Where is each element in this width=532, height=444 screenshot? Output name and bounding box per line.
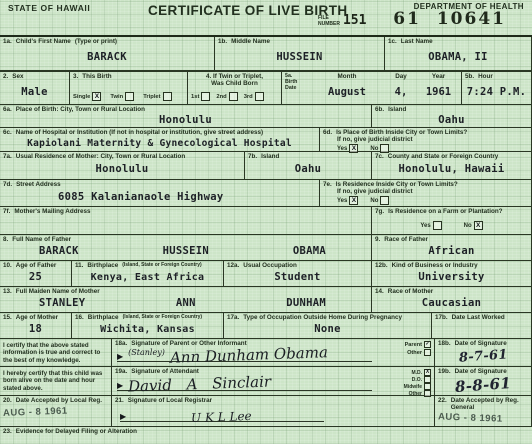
field-county-state: 7c.County and State or Foreign Country H… — [372, 152, 532, 179]
row-place-of-birth: 6a.Place of Birth: City, Town or Rural L… — [0, 105, 532, 128]
row-registrar: 20.Date Accepted by Local Reg. AUG - 8 1… — [0, 396, 532, 427]
birth-date-label: 5a. Birth Date — [285, 73, 311, 103]
checkbox — [163, 92, 172, 101]
option-no: No — [370, 196, 389, 205]
field-hint: (Island, State or Foreign Country) — [122, 262, 201, 269]
field-number: 2. — [3, 73, 8, 80]
field-birth-city-limits: 6d.Is Place of Birth Inside City or Town… — [320, 128, 532, 151]
field-value: Wichita, Kansas — [75, 321, 220, 337]
field-place-of-birth: 6a.Place of Birth: City, Town or Rural L… — [0, 105, 372, 127]
field-label: Race of Mother — [388, 288, 433, 295]
mother-first-name: STANLEY — [39, 297, 85, 309]
field-hint: (Type or print) — [75, 38, 117, 45]
field-number: 6d. — [323, 129, 332, 136]
field-residence-city-limits: 7e.Is Residence Inside City or Town Limi… — [320, 180, 532, 206]
field-value: Caucasian — [375, 295, 528, 311]
field-label-line2: Was Child Born — [191, 80, 278, 87]
field-number: 23. — [3, 428, 12, 435]
field-number: 6c. — [3, 129, 12, 136]
role-other: Other — [407, 349, 431, 356]
checkbox — [125, 92, 134, 101]
option-2nd: 2nd — [216, 92, 237, 101]
field-father-birthplace: 11.Birthplace(Island, State or Foreign C… — [72, 261, 224, 286]
field-value: 6085 Kalanianaole Highway — [3, 188, 316, 205]
checkbox-label: Midwife — [404, 384, 422, 390]
field-number: 20. — [3, 397, 12, 404]
field-value: Male — [3, 80, 66, 103]
field-father-race: 9.Race of Father African — [372, 235, 532, 260]
month-value: August — [311, 80, 383, 103]
field-label: Island — [388, 106, 406, 113]
field-number: 1b. — [218, 38, 227, 45]
field-child-first-name: 1a.Child's First Name(Type or print) BAR… — [0, 37, 215, 70]
field-label: Date — [285, 85, 311, 91]
field-label: Age of Mother — [16, 314, 58, 321]
field-label: Island — [261, 153, 279, 160]
field-number: 6b. — [375, 106, 384, 113]
field-value — [3, 215, 368, 233]
field-number: 11. — [75, 262, 83, 269]
field-value: University — [375, 269, 528, 285]
field-date-accepted-local: 20.Date Accepted by Local Reg. AUG - 8 1… — [0, 396, 112, 426]
field-island: 6b.Island Oahu — [372, 105, 532, 127]
field-value: None — [227, 321, 428, 337]
field-value: Kapiolani Maternity & Gynecological Hosp… — [3, 136, 316, 150]
field-label: Usual Occupation — [243, 262, 297, 269]
field-number: 22. — [438, 397, 447, 411]
field-evidence-delayed-filing: 23.Evidence for Delayed Filing or Altera… — [0, 427, 532, 444]
birth-month-column: Month August — [311, 73, 383, 103]
checkbox-label: No — [370, 146, 378, 152]
field-date-accepted-general: 22.Date Accepted by Reg. General AUG - 8… — [435, 396, 532, 426]
attendant-certification: I hereby certify that this child was bor… — [0, 367, 112, 395]
checkbox-label: No — [464, 223, 472, 229]
checkbox — [229, 92, 238, 101]
field-number: 1c. — [388, 38, 397, 45]
field-value: 25 — [3, 269, 68, 285]
field-number: 19a. — [115, 368, 127, 375]
row-attendant-signature: I hereby certify that this child was bor… — [0, 367, 532, 396]
field-registrar-signature: 21.Signature of Local Registrar ▶ U K L … — [112, 396, 435, 426]
field-number: 3. — [73, 73, 78, 80]
checkbox: X — [424, 369, 431, 376]
field-label: Is Residence on a Farm or Plantation? — [388, 208, 502, 215]
field-number: 13. — [3, 288, 12, 295]
checkbox: X — [92, 92, 101, 101]
field-child-last-name: 1c.Last Name OBAMA, II — [385, 37, 532, 70]
field-value: Honolulu — [3, 160, 241, 178]
field-value — [435, 321, 528, 337]
birth-year-column: Year 1961 — [419, 73, 458, 103]
informant-certification: I certify that the above stated informat… — [0, 339, 112, 366]
field-value — [3, 435, 529, 444]
option-1st: 1st — [191, 92, 210, 101]
field-number: 7g. — [375, 208, 384, 215]
field-label: Street Address — [16, 181, 61, 188]
field-label: Date Accepted by Reg. General — [451, 397, 528, 411]
attendant-signature: David A Sinclair — [128, 373, 272, 396]
checkbox: X — [349, 196, 358, 205]
field-number: 7c. — [375, 153, 384, 160]
field-value: Oahu — [248, 160, 368, 178]
row-mother-residence: 7a.Usual Residence of Mother: City, Town… — [0, 152, 532, 180]
field-label: Mother's Mailing Address — [14, 208, 90, 215]
field-value: African — [375, 243, 528, 259]
field-this-birth: 3.This Birth SingleX Twin Triplet — [70, 72, 188, 104]
father-last-name: OBAMA — [293, 245, 326, 257]
checkbox-label: Other — [407, 350, 422, 356]
field-number: 19b. — [438, 368, 451, 375]
field-father-age: 10.Age of Father 25 — [0, 261, 72, 286]
field-label: Date of Signature — [455, 340, 507, 347]
field-number: 14. — [375, 288, 384, 295]
field-label: Usual Residence of Mother: City, Town or… — [16, 153, 185, 160]
field-label-line2: If no, give judicial district — [323, 188, 528, 195]
checkbox — [201, 92, 210, 101]
field-value: Student — [227, 269, 368, 285]
row-mother-details: 15.Age of Mother 18 16.Birthplace(Island… — [0, 313, 532, 339]
field-street-address: 7d.Street Address 6085 Kalanianaole High… — [0, 180, 320, 206]
mother-maiden-surname: DUNHAM — [286, 297, 326, 309]
row-birth-details: 2.Sex Male 3.This Birth SingleX Twin Tri… — [0, 72, 532, 105]
field-label: Kind of Business or Industry — [392, 262, 478, 269]
field-label: Type of Occupation Outside Home During P… — [243, 314, 402, 321]
field-number: 7a. — [3, 153, 12, 160]
field-mother-birthplace: 16.Birthplace(Island, State or Foreign C… — [72, 313, 224, 338]
year-value: 1961 — [419, 80, 458, 103]
field-farm-plantation: 7g.Is Residence on a Farm or Plantation?… — [372, 207, 532, 234]
field-number: 7d. — [3, 181, 12, 188]
field-value: Kenya, East Africa — [75, 269, 220, 285]
field-number: 7e. — [323, 181, 332, 188]
option-yes: Yes — [420, 221, 441, 230]
field-number: 10. — [3, 262, 12, 269]
state-title: STATE OF HAWAII — [8, 3, 90, 13]
field-number: 18b. — [438, 340, 451, 347]
option-no: NoX — [464, 221, 483, 230]
checkbox-label: Yes — [337, 146, 347, 152]
option-yes: YesX — [337, 196, 358, 205]
checkbox — [424, 376, 431, 383]
role-midwife: Midwife — [404, 383, 431, 390]
field-residence-island: 7b.Island Oahu — [245, 152, 372, 179]
field-hint: (Island, State or Foreign Country) — [123, 314, 202, 321]
field-attendant-signature-date: 19b.Date of Signature 8-8-61 — [435, 367, 532, 395]
handwritten-date: 8-7-61 — [458, 347, 508, 365]
checkbox — [424, 349, 431, 356]
role-do: D.O. — [412, 376, 431, 383]
field-label: Evidence for Delayed Filing or Alteratio… — [16, 428, 137, 435]
field-value: 18 — [3, 321, 68, 337]
field-label: Sex — [12, 73, 23, 80]
day-header: Day — [383, 73, 419, 80]
checkbox-label: Single — [73, 94, 90, 100]
certificate-number: 61 10641 — [393, 9, 506, 29]
field-number: 17b. — [435, 314, 448, 321]
row-evidence: 23.Evidence for Delayed Filing or Altera… — [0, 427, 532, 444]
field-number: 15. — [3, 314, 12, 321]
date-stamp: AUG - 8 1961 — [438, 411, 528, 425]
field-label: Full Name of Father — [12, 236, 71, 243]
field-child-middle-name: 1b.Middle Name HUSSEIN — [215, 37, 385, 70]
field-father-name: 8.Full Name of Father BARACK HUSSEIN OBA… — [0, 235, 372, 260]
option-single: SingleX — [73, 92, 101, 101]
field-date-last-worked: 17b.Date Last Worked — [432, 313, 532, 338]
row-mother-name: 13.Full Maiden Name of Mother STANLEY AN… — [0, 287, 532, 313]
checkbox-label: 2nd — [216, 94, 226, 100]
field-label: Hour — [478, 73, 493, 80]
field-father-occupation: 12a.Usual Occupation Student — [224, 261, 372, 286]
field-number: 16. — [75, 314, 84, 321]
field-twin-order: 4. If Twin or Triplet, Was Child Born 1s… — [188, 72, 282, 104]
day-value: 4, — [383, 80, 419, 103]
field-label-line2: If no, give judicial district — [323, 136, 528, 143]
row-informant-signature: I certify that the above stated informat… — [0, 339, 532, 367]
month-header: Month — [311, 73, 383, 80]
checkbox-label: 1st — [191, 94, 199, 100]
number-word: NUMBER — [318, 22, 340, 28]
birth-day-column: Day 4, — [383, 73, 419, 103]
field-value: OBAMA, II — [388, 45, 528, 69]
signature-prefix: (Stanley) — [128, 348, 165, 357]
birth-certificate-document: STATE OF HAWAII CERTIFICATE OF LIVE BIRT… — [0, 0, 532, 444]
checkbox-label: D.O. — [412, 377, 422, 383]
field-attendant-signature: 19a.Signature of Attendant ▶ David A Sin… — [112, 367, 435, 395]
field-label: Race of Father — [384, 236, 428, 243]
field-label: Last Name — [401, 38, 433, 45]
field-number: 21. — [115, 397, 124, 404]
option-twin: Twin — [110, 92, 134, 101]
field-number: 4. — [206, 73, 211, 80]
checkbox — [255, 92, 264, 101]
row-father-name: 8.Full Name of Father BARACK HUSSEIN OBA… — [0, 235, 532, 261]
checkbox — [380, 196, 389, 205]
registrar-signature: U K L Lee — [191, 409, 252, 425]
field-mother-occupation: 17a.Type of Occupation Outside Home Duri… — [224, 313, 432, 338]
field-label: Place of Birth: City, Town or Rural Loca… — [16, 106, 145, 113]
field-mother-maiden-name: 13.Full Maiden Name of Mother STANLEY AN… — [0, 287, 372, 312]
field-value: HUSSEIN — [218, 45, 381, 69]
date-stamp: AUG - 8 1961 — [3, 404, 108, 419]
field-informant-signature: 18a.Signature of Parent or Other Informa… — [112, 339, 435, 366]
mother-middle-name: ANN — [176, 297, 196, 309]
certification-text: I hereby certify that this child was bor… — [3, 368, 108, 392]
field-value: BARACK — [3, 45, 211, 69]
field-label: Date Accepted by Local Reg. — [16, 397, 102, 404]
father-first-name: BARACK — [39, 245, 79, 257]
field-label: This Birth — [82, 73, 111, 80]
option-3rd: 3rd — [244, 92, 264, 101]
informant-signature: Ann Dunham Obama — [170, 343, 328, 366]
checkbox-label: 3rd — [244, 94, 253, 100]
field-value: 7:24 P.M. — [465, 80, 528, 103]
row-father-details: 10.Age of Father 25 11.Birthplace(Island… — [0, 261, 532, 287]
field-label: Signature of Local Registrar — [128, 397, 212, 404]
field-number: 17a. — [227, 314, 239, 321]
field-mailing-address: 7f.Mother's Mailing Address — [0, 207, 372, 234]
file-number-value: 151 — [343, 15, 366, 27]
father-middle-name: HUSSEIN — [163, 245, 209, 257]
document-header: STATE OF HAWAII CERTIFICATE OF LIVE BIRT… — [0, 0, 532, 35]
field-label: Full Maiden Name of Mother — [16, 288, 100, 295]
checkbox-label: Parent — [405, 342, 422, 348]
field-value: Honolulu — [3, 113, 368, 126]
field-father-industry: 12b.Kind of Business or Industry Univers… — [372, 261, 532, 286]
field-label: County and State or Foreign Country — [388, 153, 499, 160]
signature-arrow-icon: ▶ — [120, 413, 126, 421]
form-grid: 1a.Child's First Name(Type or print) BAR… — [0, 35, 532, 444]
checkbox-label: Twin — [110, 94, 123, 100]
field-number: 8. — [3, 236, 8, 243]
year-header: Year — [419, 73, 458, 80]
handwritten-date: 8-8-61 — [454, 374, 511, 396]
signature-arrow-icon: ▶ — [117, 382, 123, 390]
field-label: Age of Father — [16, 262, 57, 269]
checkbox-label: Triplet — [143, 94, 160, 100]
field-label: Birthplace — [88, 314, 119, 321]
field-hour: 5b.Hour 7:24 P.M. — [462, 72, 532, 104]
field-value: Honolulu, Hawaii — [375, 160, 528, 178]
certification-text: I certify that the above stated informat… — [3, 340, 108, 364]
checkbox-label: Yes — [420, 223, 430, 229]
field-number: 12a. — [227, 262, 239, 269]
field-label: If Twin or Triplet, — [213, 73, 263, 80]
field-label: Child's First Name — [16, 38, 71, 45]
field-mother-residence: 7a.Usual Residence of Mother: City, Town… — [0, 152, 245, 179]
field-mother-age: 15.Age of Mother 18 — [0, 313, 72, 338]
signature-arrow-icon: ▶ — [117, 353, 123, 361]
field-label: Signature of Attendant — [131, 368, 199, 375]
field-label: Middle Name — [231, 38, 270, 45]
checkbox: X — [474, 221, 483, 230]
checkbox — [424, 383, 431, 390]
row-street-address: 7d.Street Address 6085 Kalanianaole High… — [0, 180, 532, 207]
checkbox — [433, 221, 442, 230]
checkbox: ✓ — [424, 341, 431, 348]
role-parent: Parent✓ — [405, 341, 431, 348]
field-label: Name of Hospital or Institution (If not … — [16, 129, 263, 136]
field-label: Birthplace — [87, 262, 118, 269]
file-number-block: FILE NUMBER 151 — [318, 15, 366, 27]
option-triplet: Triplet — [143, 92, 171, 101]
row-mailing-address: 7f.Mother's Mailing Address 7g.Is Reside… — [0, 207, 532, 235]
field-number: 5b. — [465, 73, 474, 80]
field-label: Date Last Worked — [452, 314, 505, 321]
field-value: Oahu — [375, 113, 528, 126]
field-number: 6a. — [3, 106, 12, 113]
field-number: 7b. — [248, 153, 257, 160]
row-hospital: 6c.Name of Hospital or Institution (If n… — [0, 128, 532, 152]
field-mother-race: 14.Race of Mother Caucasian — [372, 287, 532, 312]
file-number-label: FILE NUMBER — [318, 16, 340, 27]
checkbox-label: M.D. — [411, 370, 422, 376]
field-label: Is Residence Inside City or Town Limits? — [336, 181, 458, 188]
field-sex: 2.Sex Male — [0, 72, 70, 104]
field-number: 12b. — [375, 262, 388, 269]
checkbox-label: Yes — [337, 198, 347, 204]
field-birth-date: 5a. Birth Date Month August Day 4, — [282, 72, 462, 104]
field-informant-signature-date: 18b.Date of Signature 8-7-61 — [435, 339, 532, 366]
field-number: 1a. — [3, 38, 12, 45]
field-hospital-name: 6c.Name of Hospital or Institution (If n… — [0, 128, 320, 151]
field-number: 7f. — [3, 208, 10, 215]
role-md: M.D.X — [411, 369, 431, 376]
row-child-name: 1a.Child's First Name(Type or print) BAR… — [0, 37, 532, 72]
field-number: 9. — [375, 236, 380, 243]
field-label: Is Place of Birth Inside City or Town Li… — [336, 129, 467, 136]
checkbox-label: No — [370, 198, 378, 204]
